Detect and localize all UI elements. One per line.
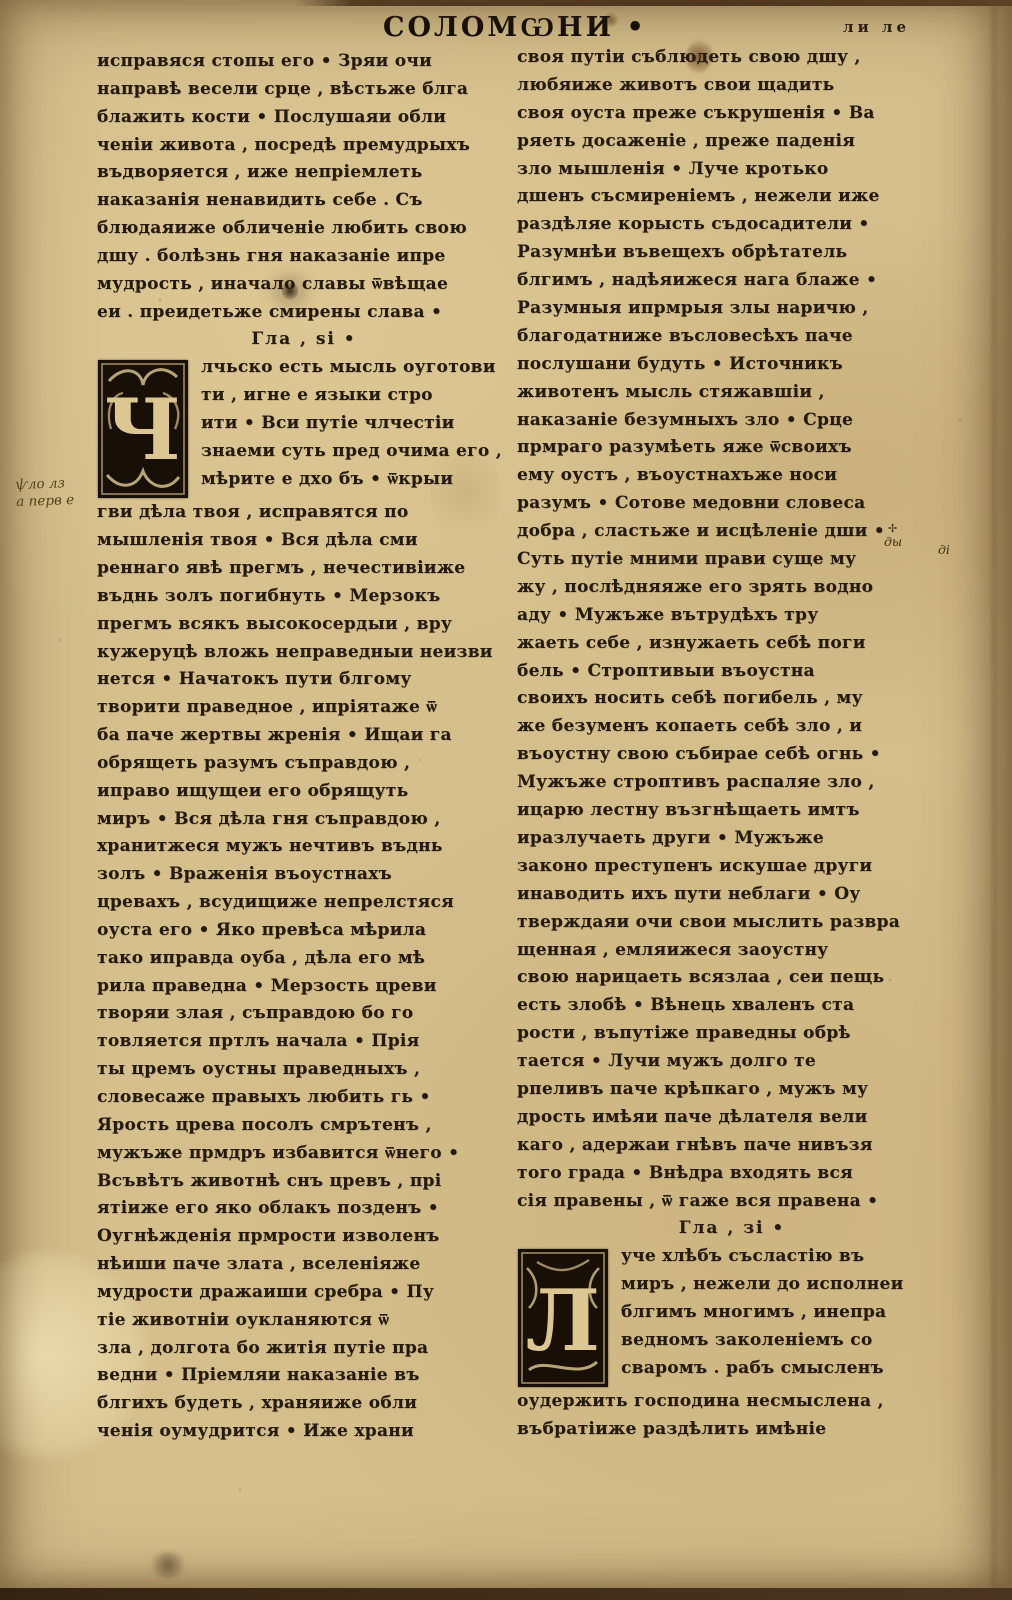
text-line: послушани будуть • Источникъ [517,351,947,379]
text-line: жаеть себе , изнужаеть себѣ поги [517,630,947,658]
text-line: оуста его • Яко превѣса мѣрила [97,917,511,945]
page-crease [992,0,996,1600]
page-top-edge [295,0,1012,6]
text-line: тако иправда оуба , дѣла его мѣ [97,945,511,973]
chapter-heading-16: Гла , ѕі • [97,326,511,354]
text-line: наказанія ненавидить себе . Съ [97,187,511,215]
initial-row: Л уче хлѣбъ съсластію въмиръ , нежели до… [517,1243,947,1388]
text-line: тверждаяи очи свои мыслить развра [517,909,947,937]
text-line: товляется пртлъ начала • Прія [97,1028,511,1056]
text-line: рости , въпутіже праведны обрѣ [517,1020,947,1048]
folio-mark: ли ле [843,18,910,36]
text-line: сваромъ . рабъ смысленъ [621,1355,947,1383]
text-line: зло мышленія • Луче кротько [517,156,947,184]
text-line: ятіиже его яко облакъ позденъ • [97,1195,511,1223]
woodcut-initial-icon: Ч [97,359,189,499]
margin-note-line: ѱло лз [15,475,73,494]
text-line: Мужъже строптивъ распаляе зло , [517,769,947,797]
text-line: мудрость , иначало славы ѿвѣщае [97,271,511,299]
text-line: еи . преидетьже смирены слава • [97,299,511,327]
text-line: исправяся стопы его • Зряи очи [97,48,511,76]
margin-note-line: а перв е [16,492,74,511]
text-line: дшу . болѣзнь гня наказаніе ипре [97,243,511,271]
column-lines-beside-initial: лчьско есть мысль оуготовити , игне е яз… [201,354,511,493]
text-line: ба паче жертвы жренія • Ищаи га [97,722,511,750]
page-bottom-edge [0,1588,1012,1600]
text-line: каго , адержаи гнѣвъ паче нивъзя [517,1132,947,1160]
text-line: аду • Мужъже вътрудѣхъ тру [517,602,947,630]
stain [148,1552,188,1578]
text-line: блгимъ , надѣяижеся нага блаже • [517,267,947,295]
text-line: инаводить ихъ пути неблаги • Оу [517,881,947,909]
text-line: творити праведное , ипріятаже ѿ [97,694,511,722]
text-line: Разумнѣи въвещехъ обрѣтатель [517,239,947,267]
text-line: въднь золъ погибнуть • Мерзокъ [97,583,511,611]
text-line: сія правены , ѿ гаже вся правена • [517,1188,947,1216]
text-line: щенная , емляижеся заоустну [517,937,947,965]
column-lines-bottom: гви дѣла твоя , исправятся помышленія тв… [97,499,511,1446]
text-line: животенъ мысль стяжавшіи , [517,379,947,407]
text-line: прегмъ всякъ высокосердыи , вру [97,611,511,639]
column-lines-top: своя путіи съблюдеть свою дшу ,любяиже ж… [517,44,947,1215]
text-line: блюдаяиже обличеніе любить свою [97,215,511,243]
text-line: ченіи живота , посредѣ премудрыхъ [97,132,511,160]
svg-text:Л: Л [526,1271,601,1370]
text-line: дшенъ съсмиреніемъ , нежели иже [517,183,947,211]
text-line: цревахъ , всудищиже непрелстяся [97,889,511,917]
text-line: мудрости дражаиши сребра • Пу [97,1279,511,1307]
text-line: же безуменъ копаеть себѣ зло , и [517,713,947,741]
text-line: кужеруцѣ вложь неправедныи неизви [97,639,511,667]
text-line: оудержить господина несмыслена , [517,1388,947,1416]
text-line: разумъ • Сотове медовни словеса [517,490,947,518]
text-line: ведномъ заколеніемъ со [621,1327,947,1355]
text-line: мужъже прмдръ избавится ѿнего • [97,1140,511,1168]
text-line: обрящеть разумъ съправдою , [97,750,511,778]
text-line: благодатниже въсловесѣхъ паче [517,323,947,351]
svg-text:Ч: Ч [105,380,182,479]
column-lines-top: исправяся стопы его • Зряи очинаправѣ ве… [97,48,511,326]
text-line: рила праведна • Мерзость цреви [97,973,511,1001]
text-line: блгимъ многимъ , инепра [621,1299,947,1327]
text-line: ицарю лестну възгнѣщаеть имтъ [517,797,947,825]
text-line: миръ , нежели до исполнеи [621,1271,947,1299]
text-line: свою нарицаеть всязлаа , сеи пещь [517,964,947,992]
handwritten-margin-note-right: ді [938,542,950,557]
text-line: Суть путіе мними прави суще му [517,546,947,574]
text-line: бель • Строптивыи въоустна [517,658,947,686]
text-line: творяи злая , съправдою бо го [97,1000,511,1028]
text-line: въдворяется , иже непріемлеть [97,159,511,187]
text-line: Разумныя ипрмрыя злы наричю , [517,295,947,323]
handwritten-margin-note-right: ды [884,534,902,549]
text-line: направѣ весели срце , вѣстьже блга [97,76,511,104]
text-line: миръ • Вся дѣла гня съправдою , [97,806,511,834]
text-line: знаеми суть пред очима его , [201,438,511,466]
text-line: ведни • Пріемляи наказаніе въ [97,1362,511,1390]
text-line: ряеть досаженіе , преже паденія [517,128,947,156]
running-title: СОЛОМѠНИ • [383,12,647,43]
text-line: блгихъ будеть , храняиже обли [97,1390,511,1418]
text-line: мѣрите е дхо бъ • ѿкрыи [201,466,511,494]
text-line: тіе животніи оукланяются ѿ [97,1307,511,1335]
text-line: лчьско есть мысль оуготови [201,354,511,382]
text-line: хранитжеся мужъ нечтивъ въднь [97,833,511,861]
text-line: въбратіиже раздѣлить имѣніе [517,1416,947,1444]
text-line: Оугнѣжденія прмрости изволенъ [97,1223,511,1251]
text-line: ченія оумудрится • Иже храни [97,1418,511,1446]
text-line: золъ • Враженія въоустнахъ [97,861,511,889]
text-line: уче хлѣбъ съсластію въ [621,1243,947,1271]
text-line: Ярость црева посолъ смрътенъ , [97,1112,511,1140]
text-line: дрость имѣяи паче дѣлателя вели [517,1104,947,1132]
text-line: въоустну свою събирае себѣ огнь • [517,741,947,769]
text-line: раздѣляе корысть съдосадители • [517,211,947,239]
text-line: своихъ носить себѣ погибель , му [517,685,947,713]
text-line: зла , долгота бо житія путіе пра [97,1335,511,1363]
text-line: словесаже правыхъ любить гь • [97,1084,511,1112]
text-line: своя оуста преже съкрушенія • Ва [517,100,947,128]
text-column-left: исправяся стопы его • Зряи очинаправѣ ве… [97,48,511,1446]
initial-row: Ч лчьско есть мысль оуготовити , игне е … [97,354,511,499]
woodcut-initial-icon: Л [517,1248,609,1388]
text-line: ему оустъ , въоустнахъже носи [517,462,947,490]
text-line: любяиже животъ свои щадить [517,72,947,100]
text-line: своя путіи съблюдеть свою дшу , [517,44,947,72]
text-line: блажить кости • Послушаяи обли [97,104,511,132]
text-line: есть злобѣ • Вѣнець хваленъ ста [517,992,947,1020]
text-line: добра , сластьже и исцѣленіе дши • [517,518,947,546]
text-line: рпеливъ паче крѣпкаго , мужъ му [517,1076,947,1104]
text-line: реннаго явѣ прегмъ , нечестивіиже [97,555,511,583]
text-line: того града • Внѣдра входять вся [517,1160,947,1188]
text-line: наказаніе безумныхъ зло • Срце [517,407,947,435]
text-line: иразлучаеть други • Мужъже [517,825,947,853]
text-line: ти , игне е языки стро [201,382,511,410]
text-column-right: своя путіи съблюдеть свою дшу ,любяиже ж… [517,44,947,1444]
text-line: иправо ищущеи его обрящуть [97,778,511,806]
handwritten-margin-note-left: ѱло лз а перв е [15,475,74,511]
text-line: нѣиши паче злата , вселеніяже [97,1251,511,1279]
text-line: гви дѣла твоя , исправятся по [97,499,511,527]
text-line: Всъвѣтъ животнѣ снъ цревъ , прі [97,1168,511,1196]
chapter-heading-17: Гла , зі • [517,1215,947,1243]
column-lines-beside-initial: уче хлѣбъ съсластію въмиръ , нежели до и… [621,1243,947,1382]
text-line: законо преступенъ искушае други [517,853,947,881]
text-line: тается • Лучи мужъ долго те [517,1048,947,1076]
text-line: нется • Начатокъ пути блгому [97,666,511,694]
text-line: ты цремъ оустны праведныхъ , [97,1056,511,1084]
column-lines-bottom: оудержить господина несмыслена ,въбратіи… [517,1388,947,1444]
text-line: прмраго разумѣеть яже ѿсвоихъ [517,434,947,462]
text-line: мышленія твоя • Вся дѣла сми [97,527,511,555]
book-page-scan: СОЛОМѠНИ • ли ле исправяся стопы его • З… [0,0,1012,1600]
text-line: жу , послѣдняяже его зрять водно [517,574,947,602]
text-line: ити • Вси путіе члчестіи [201,410,511,438]
